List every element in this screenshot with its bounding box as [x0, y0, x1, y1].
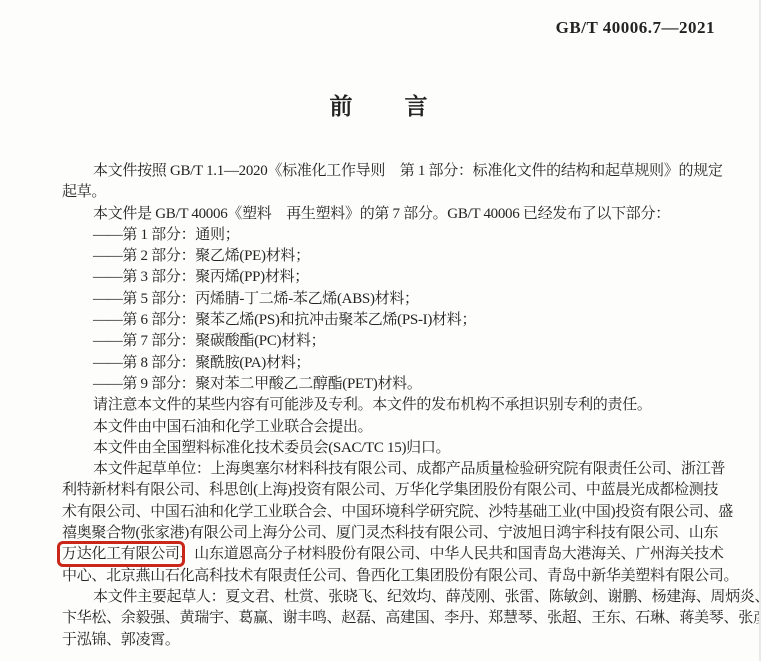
standard-number: GB/T 40006.7—2021 — [556, 18, 715, 38]
paragraph-line-text: 、山东道恩高分子材料股份有限公司、中华人民共和国青岛大港海关、广州海关技术 — [180, 546, 724, 562]
list-item: ——第 7 部分：聚碳酸酯(PC)材料； — [62, 331, 724, 352]
paragraph-line: 本文件起草单位：上海奥塞尔材料科技有限公司、成都产品质量检验研究院有限责任公司、… — [62, 459, 724, 480]
paragraph-line: 请注意本文件的某些内容有可能涉及专利。本文件的发布机构不承担识别专利的责任。 — [62, 395, 724, 416]
paragraph-line: 利特新材料有限公司、科思创(上海)投资有限公司、万华化学集团股份有限公司、中蓝晨… — [62, 480, 724, 501]
list-item: ——第 6 部分：聚苯乙烯(PS)和抗冲击聚苯乙烯(PS-I)材料； — [62, 310, 724, 331]
paragraph-line: 本文件由全国塑料标准化技术委员会(SAC/TC 15)归口。 — [62, 438, 724, 459]
paragraph-line: 本文件按照 GB/T 1.1—2020《标准化工作导则 第 1 部分：标准化文件… — [62, 161, 724, 182]
paragraph-line: 中心、北京燕山石化高科技术有限责任公司、鲁西化工集团股份有限公司、青岛中新华美塑… — [62, 566, 724, 587]
highlighted-company-red-box: 万达化工有限公司 — [62, 546, 180, 562]
paragraph-line: 本文件由中国石油和化学工业联合会提出。 — [62, 417, 724, 438]
list-item: ——第 5 部分：丙烯腈-丁二烯-苯乙烯(ABS)材料； — [62, 289, 724, 310]
document-page: GB/T 40006.7—2021 前 言 本文件按照 GB/T 1.1—202… — [0, 0, 761, 661]
foreword-content: 本文件按照 GB/T 1.1—2020《标准化工作导则 第 1 部分：标准化文件… — [62, 161, 724, 651]
list-item: ——第 8 部分：聚酰胺(PA)材料； — [62, 353, 724, 374]
page-title: 前 言 — [0, 88, 759, 121]
paragraph-line: 本文件主要起草人：夏文君、杜赏、张晓飞、纪效均、薛茂刚、张雷、陈敏剑、谢鹏、杨建… — [62, 587, 724, 608]
paragraph-line: 于泓锦、郭凌霄。 — [62, 630, 724, 651]
list-item: ——第 3 部分：聚丙烯(PP)材料； — [62, 267, 724, 288]
paragraph-line: 卞华松、余毅强、黄瑞宇、葛赢、谢丰鸣、赵磊、高建国、李丹、郑慧琴、张超、王东、石… — [62, 608, 724, 629]
list-item: ——第 1 部分：通则； — [62, 225, 724, 246]
paragraph-line: 禧奥聚合物(张家港)有限公司上海分公司、厦门灵杰科技有限公司、宁波旭日鸿宇科技有… — [62, 523, 724, 544]
paragraph-line: 本文件是 GB/T 40006《塑料 再生塑料》的第 7 部分。GB/T 400… — [62, 204, 724, 225]
paragraph-line: 万达化工有限公司、山东道恩高分子材料股份有限公司、中华人民共和国青岛大港海关、广… — [62, 544, 724, 565]
list-item: ——第 9 部分：聚对苯二甲酸乙二醇酯(PET)材料。 — [62, 374, 724, 395]
paragraph-line: 起草。 — [62, 182, 724, 203]
list-item: ——第 2 部分：聚乙烯(PE)材料； — [62, 246, 724, 267]
paragraph-line: 术有限公司、中国石油和化学工业联合会、中国环境科学研究院、沙特基础工业(中国)投… — [62, 502, 724, 523]
